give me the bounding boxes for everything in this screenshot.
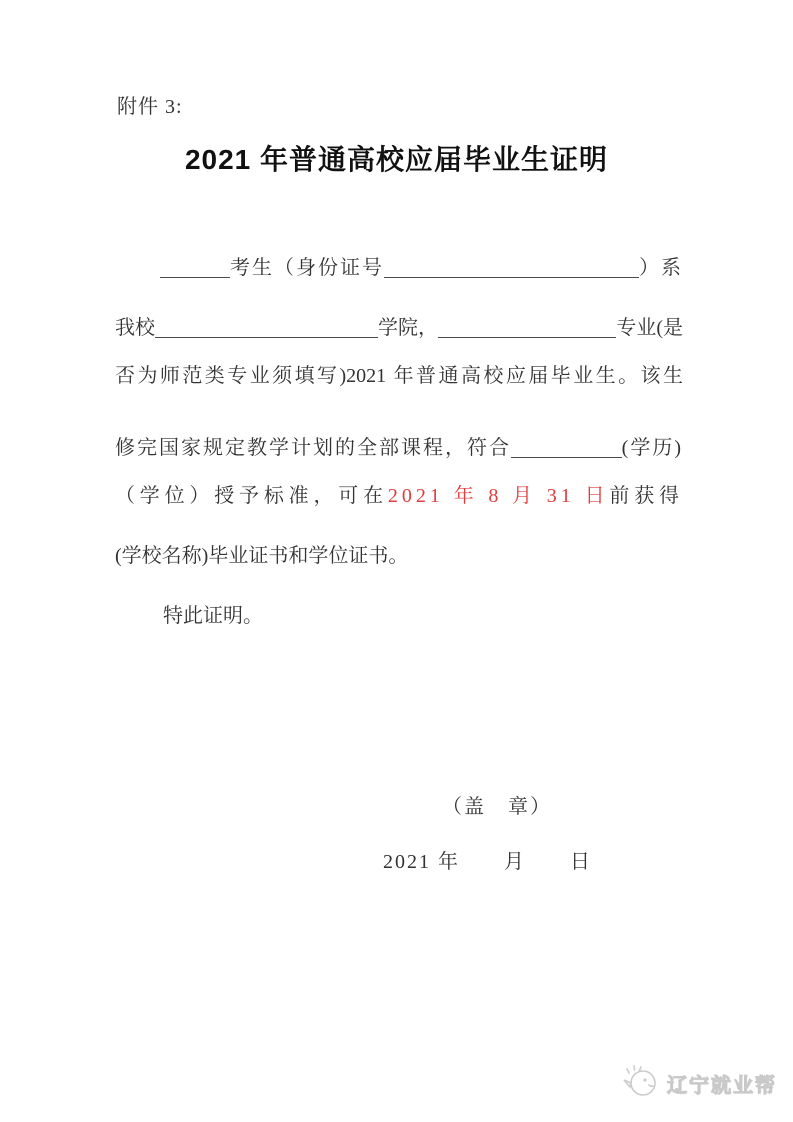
paragraph-line-5: （学位）授予标准，可在2021 年 8 月 31 日前获得 (115, 466, 683, 526)
line2-text-school: 我校 (115, 317, 155, 340)
page-title: 2021 年普通高校应届毕业生证明 (0, 138, 793, 178)
paragraph-line-6: (学校名称)毕业证书和学位证书。 (115, 526, 683, 586)
line5-text-before: （学位）授予标准，可在 (115, 485, 388, 507)
blank-major-name (438, 319, 616, 338)
line2-text-college: 学院， (378, 317, 438, 340)
line1-text-close: ）系 (639, 257, 683, 280)
paragraph-line-2: 我校 学院， 专业(是 (115, 286, 683, 346)
deadline-date-highlight: 2021 年 8 月 31 日 (388, 485, 609, 507)
document-page: 附件 3: 2021 年普通高校应届毕业生证明 考生（身份证号 ）系 我校 学院… (0, 0, 793, 1122)
brand-watermark-text: 辽宁就业帮 (667, 1069, 777, 1098)
line1-text-candidate: 考生（身份证号 (230, 257, 384, 280)
line4-text-degree-note: (学历) (622, 437, 683, 460)
line2-text-major: 专业(是 (616, 317, 683, 340)
paragraph-line-1: 考生（身份证号 ）系 (115, 226, 683, 286)
paragraph-line-4: 修完国家规定教学计划的全部课程，符合 (学历) (115, 406, 683, 466)
brand-watermark: 辽宁就业帮 (618, 1061, 777, 1106)
paragraph-line-3: 否为师范类专业须填写)2021 年普通高校应届毕业生。该生 (115, 346, 683, 406)
paragraph-line-7-hereby-certify: 特此证明。 (115, 586, 683, 646)
attachment-label: 附件 3: (117, 90, 183, 119)
seal-placeholder-label: （盖 章） (442, 790, 552, 819)
line4-text-courses: 修完国家规定教学计划的全部课程，符合 (115, 437, 511, 460)
line5-text-after: 前获得 (609, 485, 683, 507)
blank-candidate-name (160, 259, 230, 278)
blank-college-name (155, 319, 378, 338)
mascot-chick-icon (618, 1061, 662, 1106)
blank-id-number (384, 259, 639, 278)
blank-education-level (511, 439, 622, 458)
certificate-body: 考生（身份证号 ）系 我校 学院， 专业(是 否为师范类专业须填写)2021 年… (115, 226, 683, 646)
signature-date-line: 2021 年 月 日 (383, 845, 592, 874)
